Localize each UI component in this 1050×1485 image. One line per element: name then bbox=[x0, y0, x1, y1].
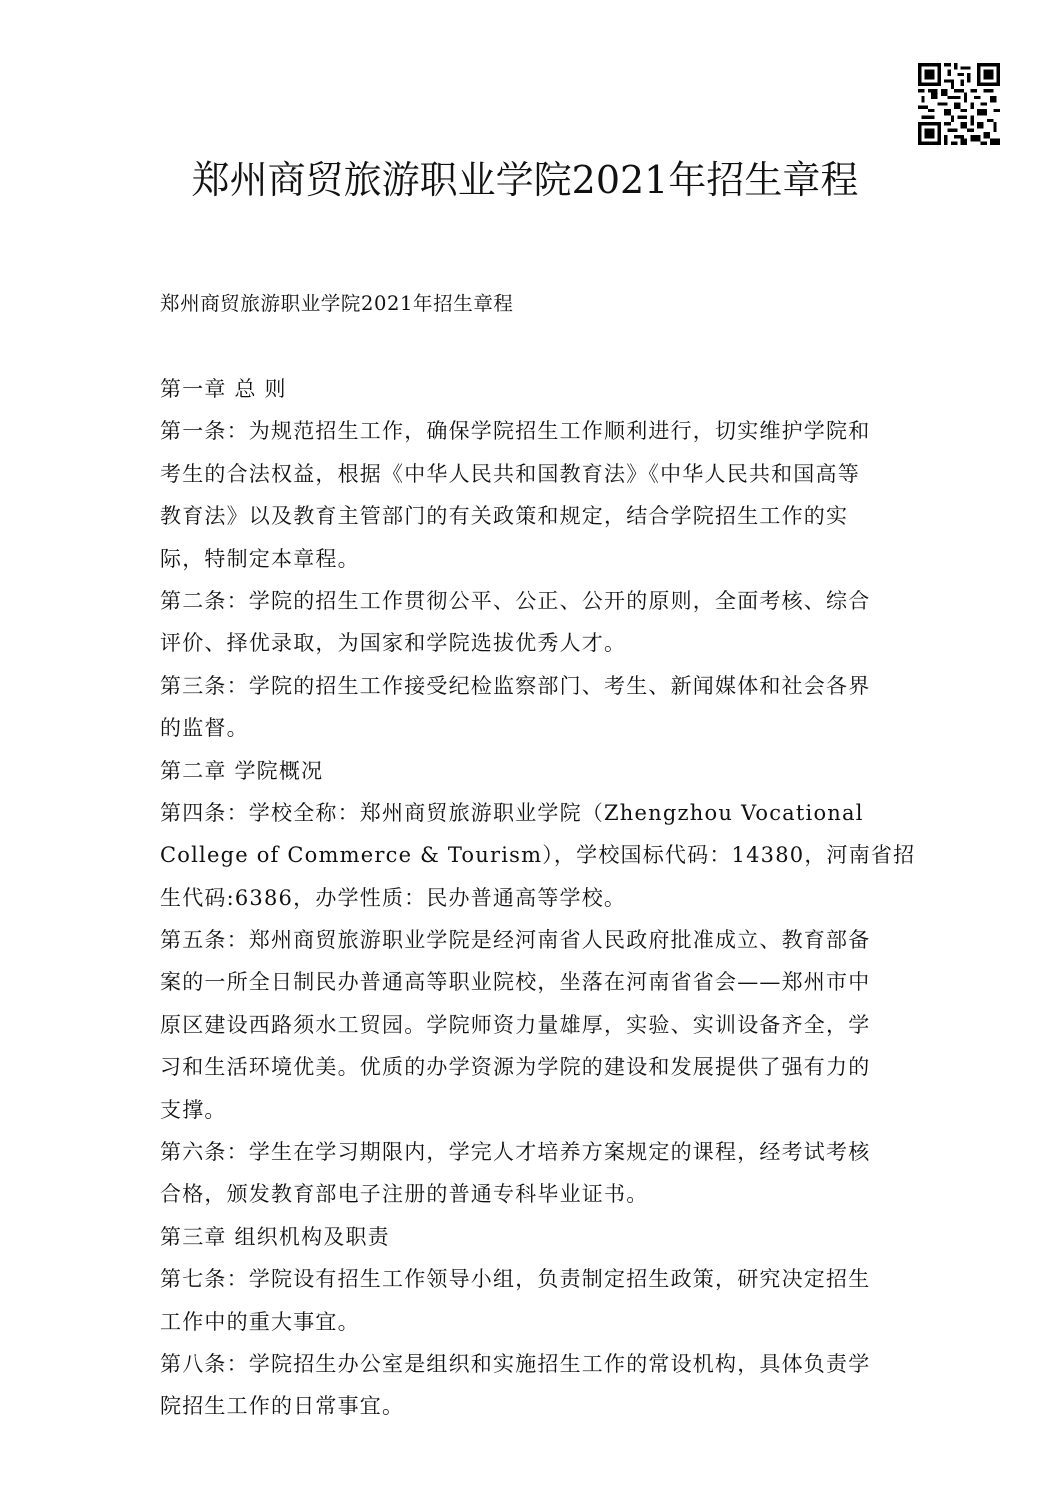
article-7-line: 第七条：学院设有招生工作领导小组，负责制定招生政策，研究决定招生 bbox=[160, 1262, 900, 1304]
article-5-line: 第五条：郑州商贸旅游职业学院是经河南省人民政府批准成立、教育部备 bbox=[160, 923, 900, 965]
article-2-line: 评价、择优录取，为国家和学院选拔优秀人才。 bbox=[160, 626, 900, 668]
document-body: 第一章 总 则 第一条：为规范招生工作，确保学院招生工作顺利进行，切实维护学院和… bbox=[160, 372, 900, 1432]
chapter-heading-1: 第一章 总 则 bbox=[160, 372, 900, 414]
article-5-line: 习和生活环境优美。优质的办学资源为学院的建设和发展提供了强有力的 bbox=[160, 1050, 900, 1092]
document-title: 郑州商贸旅游职业学院2021年招生章程 bbox=[0, 150, 1050, 210]
article-4-line: College of Commerce & Tourism），学校国标代码：14… bbox=[160, 838, 900, 880]
article-4-line: 生代码:6386，办学性质：民办普通高等学校。 bbox=[160, 881, 900, 923]
article-1-line: 第一条：为规范招生工作，确保学院招生工作顺利进行，切实维护学院和 bbox=[160, 414, 900, 456]
article-5-line: 支撑。 bbox=[160, 1093, 900, 1135]
document-subtitle: 郑州商贸旅游职业学院2021年招生章程 bbox=[160, 289, 514, 319]
article-5-line: 原区建设西路须水工贸园。学院师资力量雄厚，实验、实训设备齐全，学 bbox=[160, 1008, 900, 1050]
article-4-line: 第四条：学校全称：郑州商贸旅游职业学院（Zhengzhou Vocational bbox=[160, 796, 900, 838]
article-2-line: 第二条：学院的招生工作贯彻公平、公正、公开的原则，全面考核、综合 bbox=[160, 584, 900, 626]
qr-code-icon bbox=[918, 63, 1000, 145]
article-8-line: 第八条：学院招生办公室是组织和实施招生工作的常设机构，具体负责学 bbox=[160, 1347, 900, 1389]
article-1-line: 教育法》以及教育主管部门的有关政策和规定，结合学院招生工作的实 bbox=[160, 499, 900, 541]
chapter-heading-3: 第三章 组织机构及职责 bbox=[160, 1220, 900, 1262]
article-6-line: 合格，颁发教育部电子注册的普通专科毕业证书。 bbox=[160, 1177, 900, 1219]
article-6-line: 第六条：学生在学习期限内，学完人才培养方案规定的课程，经考试考核 bbox=[160, 1135, 900, 1177]
article-8-line: 院招生工作的日常事宜。 bbox=[160, 1389, 900, 1431]
chapter-heading-2: 第二章 学院概况 bbox=[160, 754, 900, 796]
qr-code[interactable] bbox=[918, 63, 1000, 145]
article-7-line: 工作中的重大事宜。 bbox=[160, 1305, 900, 1347]
article-1-line: 际，特制定本章程。 bbox=[160, 542, 900, 584]
article-1-line: 考生的合法权益，根据《中华人民共和国教育法》《中华人民共和国高等 bbox=[160, 457, 900, 499]
article-5-line: 案的一所全日制民办普通高等职业院校，坐落在河南省省会——郑州市中 bbox=[160, 965, 900, 1007]
article-3-line: 的监督。 bbox=[160, 711, 900, 753]
article-3-line: 第三条：学院的招生工作接受纪检监察部门、考生、新闻媒体和社会各界 bbox=[160, 669, 900, 711]
